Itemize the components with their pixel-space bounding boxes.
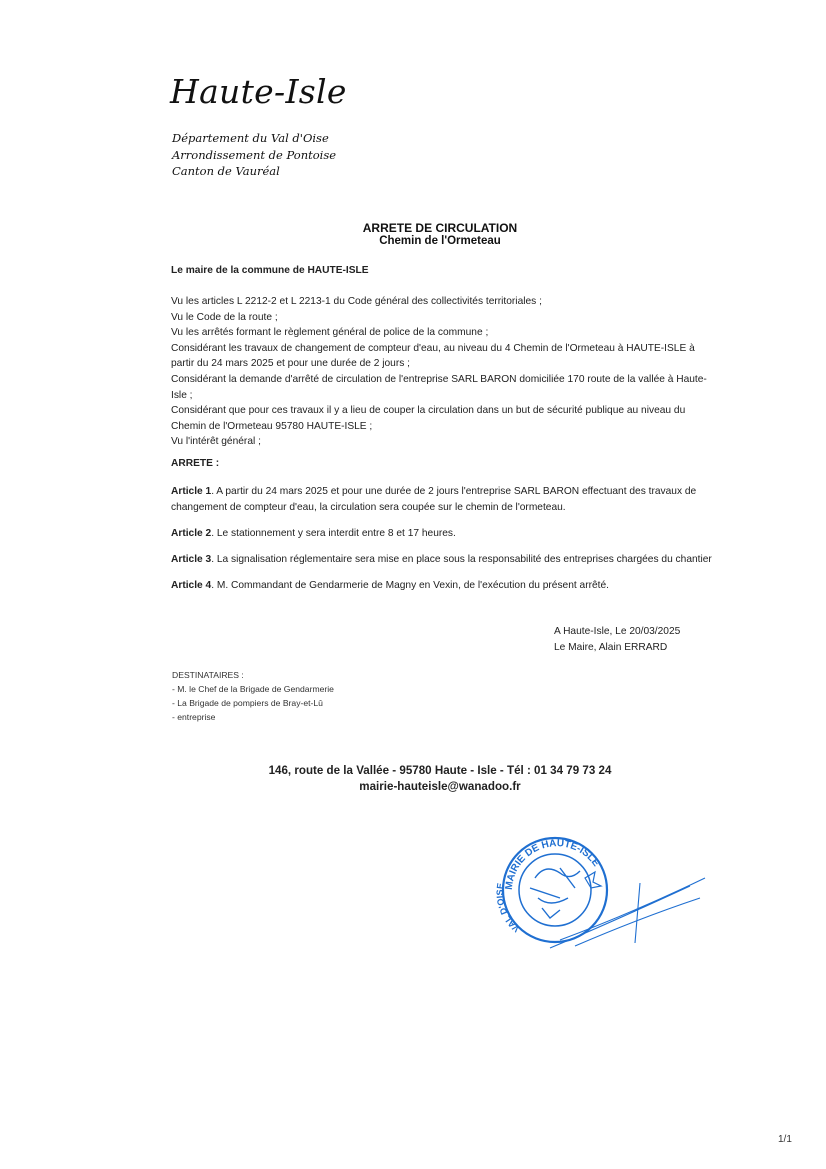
canton-line: Canton de Vauréal	[172, 163, 336, 180]
department-line: Département du Val d'Oise	[172, 130, 336, 147]
svg-text:VAL D'OISE: VAL D'OISE	[495, 882, 522, 934]
article-1: Article 1. A partir du 24 mars 2025 et p…	[171, 484, 716, 515]
recipient-item: - M. le Chef de la Brigade de Gendarmeri…	[172, 682, 334, 696]
articles-list: Article 1. A partir du 24 mars 2025 et p…	[171, 484, 716, 604]
article-label: Article 4	[171, 580, 211, 591]
considerant-item: Considérant que pour ces travaux il y a …	[171, 403, 716, 434]
footer-email: mairie-hauteisle@wanadoo.fr	[0, 779, 826, 795]
considerants-list: Vu les articles L 2212-2 et L 2213-1 du …	[171, 294, 716, 450]
document-page: Haute-Isle Département du Val d'Oise Arr…	[0, 0, 826, 1169]
signatory: Le Maire, Alain ERRARD	[554, 640, 680, 656]
recipients-block: DESTINATAIRES : - M. le Chef de la Briga…	[172, 668, 334, 724]
signoff-block: A Haute-Isle, Le 20/03/2025 Le Maire, Al…	[554, 624, 680, 655]
place-date: A Haute-Isle, Le 20/03/2025	[554, 624, 680, 640]
footer-address: 146, route de la Vallée - 95780 Haute - …	[0, 763, 826, 779]
title-main: ARRETE DE CIRCULATION	[0, 222, 826, 235]
administrative-lines: Département du Val d'Oise Arrondissement…	[172, 130, 336, 180]
article-2: Article 2. Le stationnement y sera inter…	[171, 526, 716, 542]
commune-name: Haute-Isle	[170, 72, 347, 111]
footer-contact: 146, route de la Vallée - 95780 Haute - …	[0, 763, 826, 795]
considerant-item: Vu les articles L 2212-2 et L 2213-1 du …	[171, 294, 716, 310]
article-text: . M. Commandant de Gendarmerie de Magny …	[211, 580, 609, 591]
mairie-seal-icon: MAIRIE DE HAUTE-ISLE VAL D'OISE	[490, 828, 720, 958]
article-4: Article 4. M. Commandant de Gendarmerie …	[171, 578, 716, 594]
recipients-label: DESTINATAIRES :	[172, 668, 334, 682]
article-text: . La signalisation réglementaire sera mi…	[211, 554, 712, 565]
article-label: Article 3	[171, 554, 211, 565]
considerant-item: Considérant les travaux de changement de…	[171, 341, 716, 372]
official-stamp-and-signature: MAIRIE DE HAUTE-ISLE VAL D'OISE	[490, 828, 720, 958]
stamp-text-left: VAL D'OISE	[495, 882, 522, 934]
document-title: ARRETE DE CIRCULATION Chemin de l'Ormete…	[0, 222, 826, 248]
page-indicator: 1/1	[778, 1134, 792, 1145]
article-label: Article 1	[171, 486, 211, 497]
mayor-line: Le maire de la commune de HAUTE-ISLE	[171, 263, 716, 279]
considerant-item: Vu l'intérêt général ;	[171, 434, 716, 450]
article-label: Article 2	[171, 528, 211, 539]
article-3: Article 3. La signalisation réglementair…	[171, 552, 716, 568]
considerant-item: Considérant la demande d'arrêté de circu…	[171, 372, 716, 403]
title-sub: Chemin de l'Ormeteau	[0, 235, 826, 248]
considerant-item: Vu le Code de la route ;	[171, 310, 716, 326]
article-text: . A partir du 24 mars 2025 et pour une d…	[171, 486, 696, 513]
considerant-item: Vu les arrêtés formant le règlement géné…	[171, 325, 716, 341]
arrete-label: ARRETE :	[171, 456, 716, 472]
arrondissement-line: Arrondissement de Pontoise	[172, 147, 336, 164]
recipient-item: - entreprise	[172, 710, 334, 724]
article-text: . Le stationnement y sera interdit entre…	[211, 528, 456, 539]
recipient-item: - La Brigade de pompiers de Bray-et-Lû	[172, 696, 334, 710]
